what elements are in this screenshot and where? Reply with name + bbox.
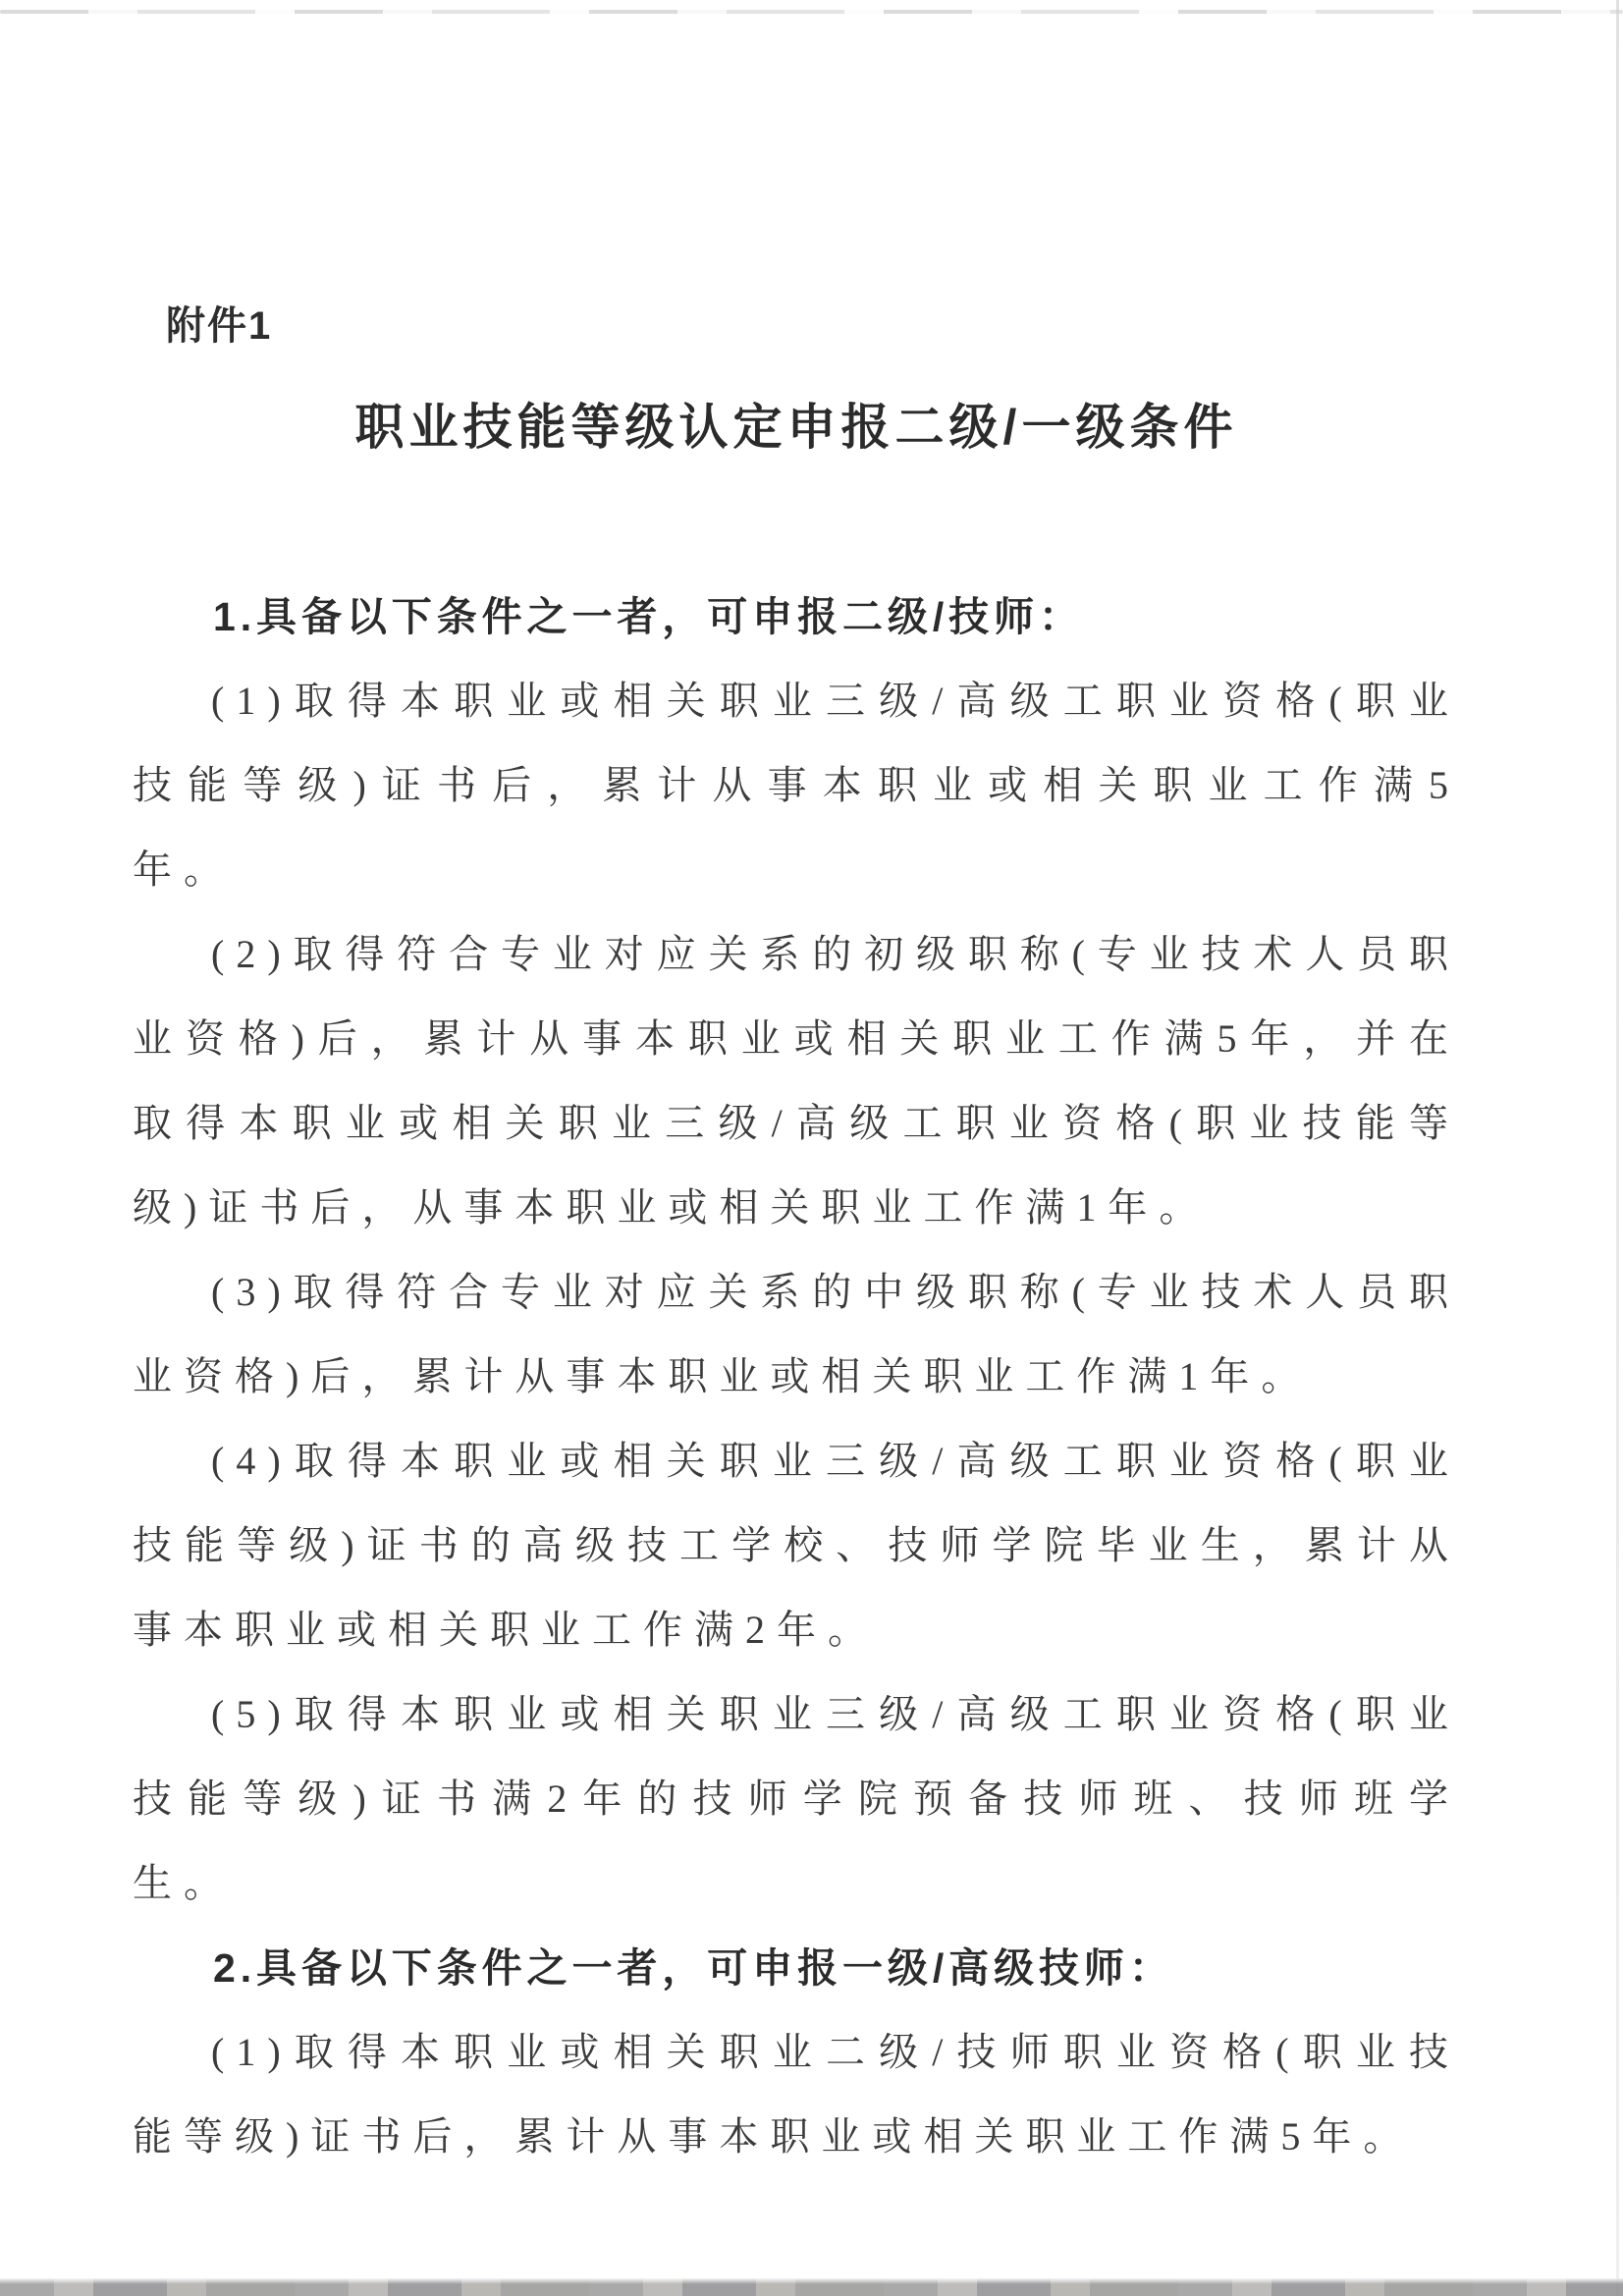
attachment-label: 附件1 xyxy=(166,295,1460,351)
scan-artifact-top-edge xyxy=(0,10,1623,14)
document-content: 附件1 职业技能等级认定申报二级/一级条件 1.具备以下条件之一者，可申报二级/… xyxy=(133,295,1460,2179)
section-1-item-5: (5)取得本职业或相关职业三级/高级工职业资格(职业技能等级)证书满2年的技师学… xyxy=(133,1672,1460,1926)
section-1-item-2: (2)取得符合专业对应关系的初级职称(专业技术人员职业资格)后，累计从事本职业或… xyxy=(133,912,1460,1250)
document-body: 1.具备以下条件之一者，可申报二级/技师： (1)取得本职业或相关职业三级/高级… xyxy=(133,574,1460,2179)
scanned-document-page: { "page": { "attachment_label": "附件1", "… xyxy=(0,0,1623,2296)
scan-artifact-bottom-edge xyxy=(0,2278,1623,2296)
section-1-heading: 1.具备以下条件之一者，可申报二级/技师： xyxy=(133,574,1460,659)
section-2-heading: 2.具备以下条件之一者，可申报一级/高级技师： xyxy=(133,1926,1460,2010)
document-title: 职业技能等级认定申报二级/一级条件 xyxy=(133,388,1460,459)
section-1-item-4: (4)取得本职业或相关职业三级/高级工职业资格(职业技能等级)证书的高级技工学校… xyxy=(133,1419,1460,1672)
scan-artifact-right-edge xyxy=(1616,0,1619,2296)
section-1-item-1: (1)取得本职业或相关职业三级/高级工职业资格(职业技能等级)证书后，累计从事本… xyxy=(133,659,1460,912)
section-1-item-3: (3)取得符合专业对应关系的中级职称(专业技术人员职业资格)后，累计从事本职业或… xyxy=(133,1250,1460,1419)
section-2-item-1: (1)取得本职业或相关职业二级/技师职业资格(职业技能等级)证书后，累计从事本职… xyxy=(133,2010,1460,2179)
